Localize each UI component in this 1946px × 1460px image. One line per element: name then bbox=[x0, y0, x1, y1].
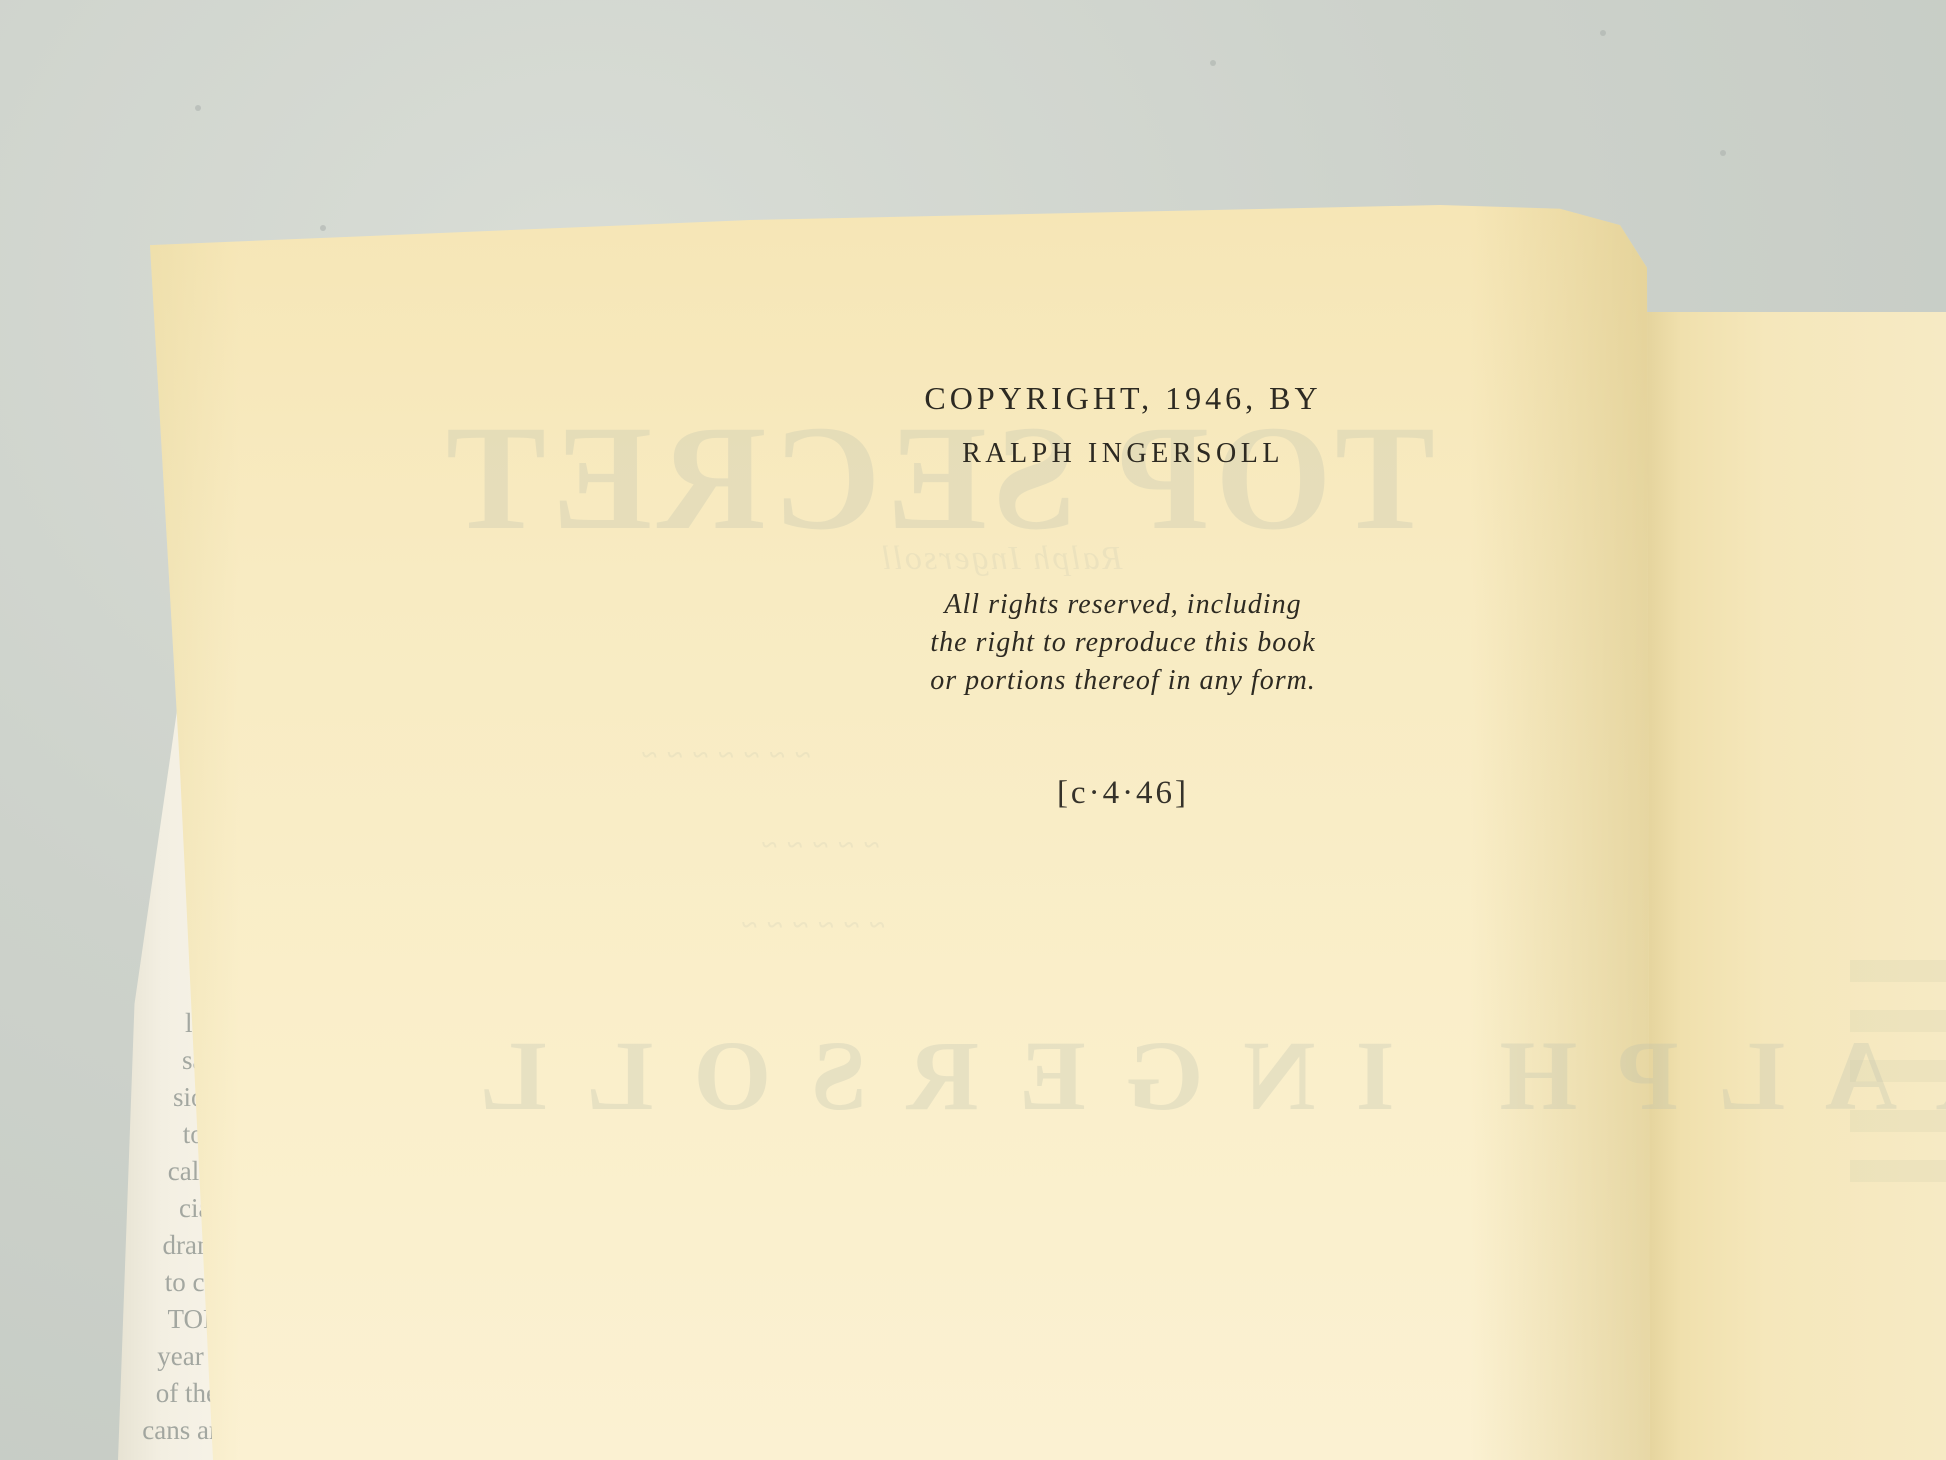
printing-code: [c·4·46] bbox=[0, 775, 1946, 812]
background-speck bbox=[195, 105, 201, 111]
right-page bbox=[1645, 312, 1946, 1460]
right-page-bleed-line bbox=[1850, 1160, 1946, 1182]
rights-line: the right to reproduce this book bbox=[150, 624, 1946, 662]
right-page-bleed-line bbox=[1850, 960, 1946, 982]
background-speck bbox=[1210, 60, 1216, 66]
background-speck bbox=[1720, 150, 1726, 156]
left-page-fragment: year l bbox=[122, 1338, 222, 1375]
bleed-through-line: ~ ~ ~ ~ ~ ~ ~ bbox=[640, 740, 810, 772]
bleed-through-line: ~ ~ ~ ~ ~ ~ bbox=[740, 910, 884, 942]
background-speck bbox=[320, 225, 326, 231]
bleed-through-title: TOP SECRET bbox=[440, 392, 1435, 564]
left-page-fragment: cans ar bbox=[122, 1412, 222, 1449]
rights-line: All rights reserved, including bbox=[150, 586, 1946, 624]
rights-line: or portions thereof in any form. bbox=[150, 662, 1946, 700]
background-speck bbox=[1600, 30, 1606, 36]
bleed-through-line: ~ ~ ~ ~ ~ bbox=[760, 830, 879, 862]
rights-statement: All rights reserved, including the right… bbox=[0, 586, 1946, 700]
bleed-through-author: RALPH INGERSOLL bbox=[440, 1018, 1946, 1133]
left-page-fragment: of the bbox=[122, 1375, 222, 1412]
author-name: RALPH INGERSOLL bbox=[0, 438, 1946, 470]
copyright-line: COPYRIGHT, 1946, BY bbox=[0, 380, 1946, 417]
bleed-through-subtitle: Ralph Ingersoll bbox=[880, 540, 1122, 578]
